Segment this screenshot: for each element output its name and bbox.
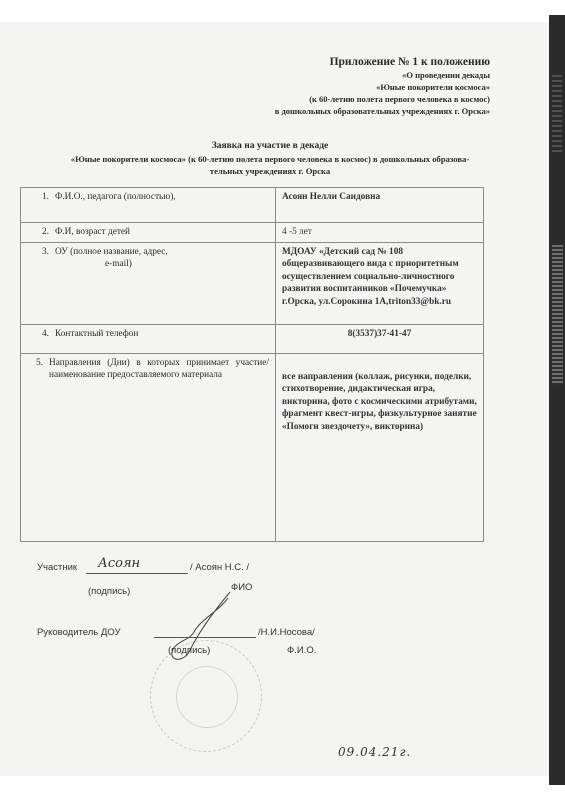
row-value: 8(3537)37-41-47 (276, 324, 484, 353)
table-row: 2.Ф.И, возраст детей 4 -5 лет (21, 223, 484, 243)
head-signature-line (154, 637, 256, 638)
appendix-line: «Юные покорители космоса» (275, 81, 490, 93)
appendix-line: «О проведении декады (275, 69, 490, 81)
row-value: МДОАУ «Детский сад № 108 общеразвивающег… (276, 242, 484, 324)
head-signature-scribble (160, 590, 240, 670)
participant-signature: Асоян (98, 556, 140, 571)
appendix-line: (к 60-летию полета первого человека в ко… (275, 93, 490, 105)
appendix-title: Приложение № 1 к положению (275, 55, 490, 69)
participant-label: Участник (37, 562, 77, 573)
table-row: 3.ОУ (полное название, адрес,e-mail) МДО… (21, 242, 484, 324)
head-sign-caption: (подпись) (168, 645, 210, 656)
handwritten-date: 09.04.21г. (338, 745, 411, 759)
row-value: все направления (коллаж, рисунки, поделк… (276, 353, 484, 541)
row-label: 4.Контактный телефон (21, 324, 276, 353)
table-row: 1.Ф.И.О., педагога (полностью), Асоян Не… (21, 188, 484, 223)
row-label: 5.Направления (Дни) в которых принимает … (21, 353, 276, 541)
appendix-header: Приложение № 1 к положению «О проведении… (275, 55, 490, 117)
scan-border (549, 15, 565, 785)
row-label: 3.ОУ (полное название, адрес,e-mail) (21, 242, 276, 324)
title-line: Заявка на участие в декаде (30, 140, 510, 153)
document-title: Заявка на участие в декаде «Юные покорит… (30, 140, 510, 177)
row-value: 4 -5 лет (276, 223, 484, 243)
participant-sign-caption: (подпись) (88, 586, 130, 597)
title-line: «Юные покорители космоса» (к 60-летию по… (30, 153, 510, 165)
row-value: Асоян Нелли Саидовна (276, 188, 484, 223)
title-line: тельных учреждениях г. Орска (30, 165, 510, 177)
participant-signature-line (86, 573, 188, 574)
application-table: 1.Ф.И.О., педагога (полностью), Асоян Не… (20, 187, 484, 542)
head-name: /Н.И.Носова/ (258, 627, 315, 638)
head-label: Руководитель ДОУ (37, 627, 121, 638)
appendix-line: в дошкольных образовательных учреждениях… (275, 105, 490, 117)
participant-name: / Асоян Н.С. / (190, 562, 249, 573)
table-row: 4.Контактный телефон 8(3537)37-41-47 (21, 324, 484, 353)
head-name-caption: Ф.И.О. (287, 645, 316, 656)
table-row: 5.Направления (Дни) в которых принимает … (21, 353, 484, 541)
row-label: 1.Ф.И.О., педагога (полностью), (21, 188, 276, 223)
row-label: 2.Ф.И, возраст детей (21, 223, 276, 243)
